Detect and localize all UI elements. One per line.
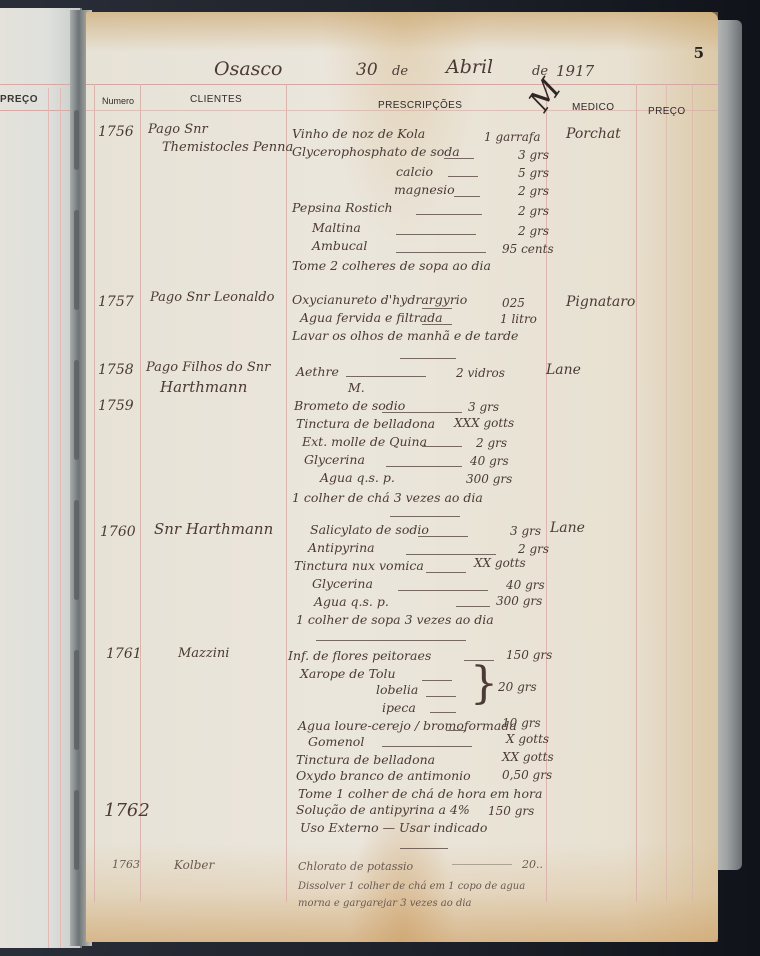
rx-qty: 2 grs	[518, 184, 549, 198]
rx-item: Ambucal	[312, 238, 367, 253]
column-rule-preco-inner	[666, 84, 667, 902]
rx-item: Tinctura de belladona	[296, 416, 435, 431]
entry-number: 1756	[98, 124, 134, 140]
rx-leader-line	[444, 158, 474, 159]
rx-leader-line	[400, 358, 456, 359]
rx-instructions: 1 colher de sopa 3 vezes ao dia	[296, 612, 494, 627]
rx-item: Oxydo branco de antimonio	[296, 768, 471, 783]
rx-leader-line	[390, 516, 460, 517]
binding-stitch	[74, 360, 79, 460]
rx-qty: 1 litro	[500, 312, 537, 326]
left-header-rule-top	[0, 84, 80, 85]
rx-instructions: Uso Externo — Usar indicado	[300, 820, 487, 835]
rx-item: Brometo de sodio	[294, 398, 405, 413]
entry-client: Kolber	[174, 858, 214, 872]
rx-leader-line	[396, 234, 476, 235]
rx-leader-line	[448, 176, 478, 177]
ledger-date-line: Osasco 30 de Abril de 1917	[206, 52, 626, 82]
rx-instructions: Tome 2 colheres de sopa ao dia	[292, 258, 491, 273]
brace-symbol: }	[470, 662, 498, 706]
rx-qty: 3 grs	[510, 524, 541, 538]
rx-instructions: Dissolver 1 colher de chá em 1 copo de a…	[298, 878, 558, 912]
rx-item: Oxycianureto d'hydrargyrio	[292, 292, 467, 307]
rx-leader-line	[426, 572, 466, 573]
rx-instructions: 1 colher de chá 3 vezes ao dia	[292, 490, 483, 505]
rx-item: Agua loure-cerejo / bromoformada	[298, 718, 517, 733]
rx-leader-line	[346, 376, 426, 377]
rx-qty: 5 grs	[518, 166, 549, 180]
entry-number: 1761	[106, 646, 142, 662]
rx-item: calcio	[396, 164, 433, 179]
entry-client: Snr Harthmann	[154, 520, 273, 538]
rx-item: Agua q.s. p.	[314, 594, 389, 609]
column-header-prescripcoes: PRESCRIPÇÕES	[378, 100, 462, 111]
entry-client: Pago Filhos do Snr	[146, 360, 270, 375]
water-stain-top	[86, 12, 718, 52]
page-number: 5	[694, 44, 704, 62]
entry-medico: Porchat	[566, 126, 621, 142]
rx-leader-line	[400, 848, 448, 849]
rx-item: Tinctura nux vomica	[294, 558, 424, 573]
rx-qty: 40 grs	[470, 454, 509, 468]
rx-item: Antipyrina	[308, 540, 375, 555]
rx-instructions: Tome 1 colher de chá de hora em hora	[298, 786, 542, 801]
binding-stitch	[74, 110, 79, 170]
entry-client: Pago Snr	[148, 122, 208, 137]
rx-qty: 95 cents	[502, 242, 554, 256]
rx-qty: X gotts	[506, 732, 549, 746]
rx-qty: 0,50 grs	[502, 768, 552, 782]
rx-qty: XX gotts	[474, 556, 526, 570]
rx-qty: 150 grs	[506, 648, 552, 662]
rx-qty: 40 grs	[506, 578, 545, 592]
rx-leader-line	[456, 606, 490, 607]
rx-item: Xarope de Tolu	[300, 666, 396, 681]
binding-stitch	[74, 790, 79, 870]
rx-leader-line	[386, 466, 462, 467]
rx-item: Glycerina	[312, 576, 373, 591]
column-header-numero: Numero	[102, 96, 134, 106]
rx-leader-line	[426, 696, 456, 697]
rx-item: Vinho de noz de Kola	[292, 126, 425, 141]
column-rule-numero	[140, 84, 141, 902]
rx-leader-line	[316, 640, 466, 641]
rx-instructions: Lavar os olhos de manhã e de tarde	[292, 328, 518, 343]
column-rule-clientes	[286, 84, 287, 902]
rx-qty: 300 grs	[496, 594, 542, 608]
rx-qty: XX gotts	[502, 750, 554, 764]
rx-item: Glycerophosphato de soda	[292, 144, 460, 159]
rx-qty: 2 grs	[476, 436, 507, 450]
rx-item: Agua fervida e filtrada	[300, 310, 443, 325]
rx-leader-line	[446, 730, 466, 731]
rx-qty: 1 garrafa	[484, 130, 541, 144]
entry-medico: Lane	[550, 520, 585, 536]
rx-leader-line	[454, 196, 480, 197]
column-header-medico: MEDICO	[572, 102, 614, 113]
rx-leader-line	[422, 446, 462, 447]
date-year: 1917	[556, 62, 594, 80]
rx-qty: 10 grs	[502, 716, 541, 730]
left-column-rule	[60, 88, 61, 948]
left-header-rule-bottom	[0, 110, 80, 111]
rx-item: Agua q.s. p.	[320, 470, 395, 485]
rx-leader-line	[416, 214, 482, 215]
rx-qty: 2 grs	[518, 542, 549, 556]
rx-qty: 20..	[522, 858, 543, 871]
rx-leader-line	[430, 712, 456, 713]
rx-qty: 3 grs	[468, 400, 499, 414]
rx-item: Inf. de flores peitoraes	[288, 648, 431, 663]
binding-stitch	[74, 650, 79, 750]
entry-medico: Pignataro	[566, 294, 635, 310]
rx-qty: 300 grs	[466, 472, 512, 486]
rx-qty: 20 grs	[498, 680, 537, 694]
rx-qty: 150 grs	[488, 804, 534, 818]
binding-stitch	[74, 500, 79, 600]
entry-client: Mazzini	[178, 646, 229, 661]
rx-qty: 025	[502, 296, 525, 310]
rx-leader-line	[382, 746, 472, 747]
entry-client: Themistocles Penna	[162, 140, 293, 155]
date-month: Abril	[446, 56, 493, 78]
rx-leader-line	[422, 324, 452, 325]
rx-item: Glycerina	[304, 452, 365, 467]
entry-number: 1759	[98, 398, 134, 414]
entry-medico: Lane	[546, 362, 581, 378]
rx-leader-line	[452, 864, 512, 865]
rx-item: Tinctura de belladona	[296, 752, 435, 767]
rx-qty: 2 grs	[518, 224, 549, 238]
rx-leader-line	[418, 536, 468, 537]
rx-item: ipeca	[382, 700, 416, 715]
rx-item: Chlorato de potassio	[298, 860, 413, 873]
date-day: 30	[356, 60, 378, 80]
entry-client: Harthmann	[160, 378, 247, 396]
column-header-preco: PREÇO	[648, 106, 686, 117]
rx-item: magnesio	[394, 182, 455, 197]
rx-leader-line	[422, 308, 452, 309]
rx-qty: 2 grs	[518, 204, 549, 218]
rx-qty: 3 grs	[518, 148, 549, 162]
ledger-page: 5 Osasco 30 de Abril de 1917 Numero CLIE…	[86, 12, 718, 942]
entry-number: 1762	[104, 800, 150, 821]
column-rule-left-margin	[94, 84, 95, 902]
entry-number: 1763	[112, 858, 140, 871]
entry-number: 1760	[100, 524, 136, 540]
left-preco-header: PREÇO	[0, 94, 38, 105]
rx-item: Pepsina Rostich	[292, 200, 393, 215]
rx-instructions: M.	[348, 380, 365, 395]
binding-stitch	[74, 210, 79, 310]
rx-item: Ext. molle de Quina	[302, 434, 427, 449]
entry-number: 1758	[98, 362, 134, 378]
rx-item: Solução de antipyrina a 4%	[296, 802, 470, 817]
left-column-rule	[48, 88, 49, 948]
date-place: Osasco	[214, 58, 283, 80]
rx-qty: XXX gotts	[454, 416, 514, 430]
entry-client: Pago Snr Leonaldo	[150, 290, 274, 305]
date-de: de	[392, 64, 408, 79]
rx-leader-line	[396, 252, 486, 253]
rx-leader-line	[398, 590, 488, 591]
rx-item: Gomenol	[308, 734, 364, 749]
rx-item: Aethre	[296, 364, 339, 379]
column-rule-medico	[636, 84, 637, 902]
column-header-clientes: CLIENTES	[190, 94, 242, 105]
entry-number: 1757	[98, 294, 134, 310]
column-rule-preco-outer	[692, 84, 693, 902]
rx-leader-line	[406, 554, 496, 555]
header-rule-top	[86, 84, 718, 85]
rx-leader-line	[382, 412, 462, 413]
rx-item: Maltina	[312, 220, 361, 235]
rx-qty: 2 vidros	[456, 366, 505, 380]
rx-item: Salicylato de sodio	[310, 522, 429, 537]
rx-leader-line	[422, 680, 452, 681]
rx-item: lobelia	[376, 682, 418, 697]
